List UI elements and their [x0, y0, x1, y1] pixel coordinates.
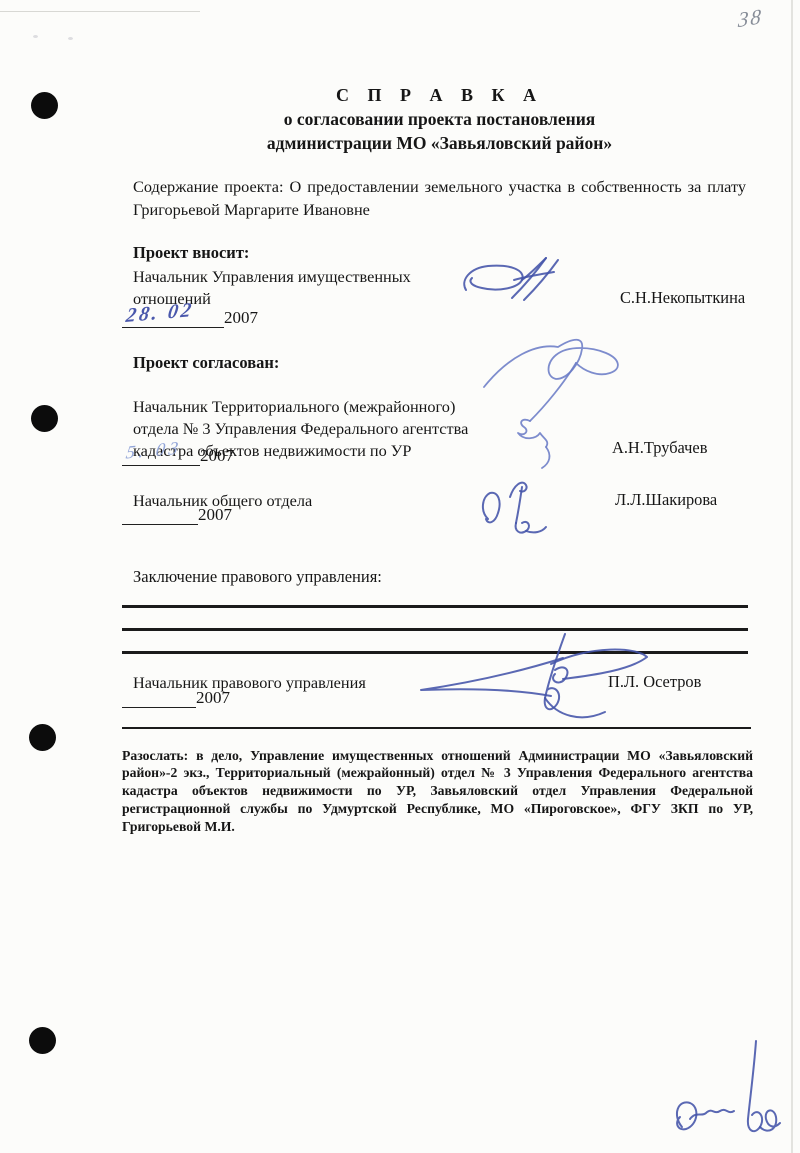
signature-bottom-corner [670, 1035, 796, 1150]
hole-punch-1 [31, 92, 58, 119]
signature-osetrov [415, 630, 665, 730]
scanned-document-page: 38 С П Р А В К А о согласовании проекта … [0, 0, 800, 1153]
agreed2-date-row: 2007 [122, 505, 232, 525]
agreed1-position-line2: отдела № 3 Управления Федерального агент… [133, 418, 493, 440]
pencil-mark [68, 37, 73, 40]
footer-rule [122, 727, 751, 729]
distribution-text: в дело, Управление имущественных отношен… [122, 748, 753, 834]
document-subtitle-2: администрации МО «Завьяловский район» [133, 132, 746, 156]
hole-punch-4 [29, 1027, 56, 1054]
agreed1-position-line1: Начальник Территориального (межрайонного… [133, 396, 493, 418]
signature-shakirova [470, 475, 555, 540]
signature-trubachev [480, 335, 655, 475]
hole-punch-2 [31, 405, 58, 432]
signature-nekopytkina [458, 250, 578, 305]
date-underline-4 [122, 688, 196, 708]
scan-edge-top [0, 11, 200, 12]
agreed2-signatory-name: Л.Л.Шакирова [615, 490, 717, 510]
legal-heading: Заключение правового управления: [133, 567, 382, 587]
agreed1-date-row: 5. 032007 [122, 446, 234, 466]
document-subtitle-1: о согласовании проекта постановления [133, 108, 746, 132]
document-title-block: С П Р А В К А о согласовании проекта пос… [133, 82, 746, 155]
submit-date-row: 28. 022007 [122, 308, 258, 328]
year-label-4: 2007 [196, 688, 230, 707]
submit-heading: Проект вносит: [133, 243, 249, 263]
hole-punch-3 [29, 724, 56, 751]
submit-signatory-name: С.Н.Некопыткина [620, 288, 745, 308]
document-title: С П Р А В К А [133, 82, 746, 108]
distribution-list: Разослать: в дело, Управление имуществен… [122, 747, 753, 836]
pencil-mark [33, 35, 38, 38]
handwritten-page-number: 38 [737, 4, 763, 33]
year-label-3: 2007 [198, 505, 232, 524]
ruled-line-1 [122, 605, 748, 608]
project-summary: Содержание проекта: О предоставлении зем… [133, 176, 746, 221]
date-underline-3 [122, 505, 198, 525]
year-label-1: 2007 [224, 308, 258, 327]
agreed-heading: Проект согласован: [133, 353, 279, 373]
legal-date-row: 2007 [122, 688, 230, 708]
distribution-label: Разослать: [122, 748, 188, 763]
year-label-2: 2007 [200, 446, 234, 465]
scan-edge-right [791, 0, 793, 1153]
submit-position-line1: Начальник Управления имущественных [133, 266, 473, 288]
